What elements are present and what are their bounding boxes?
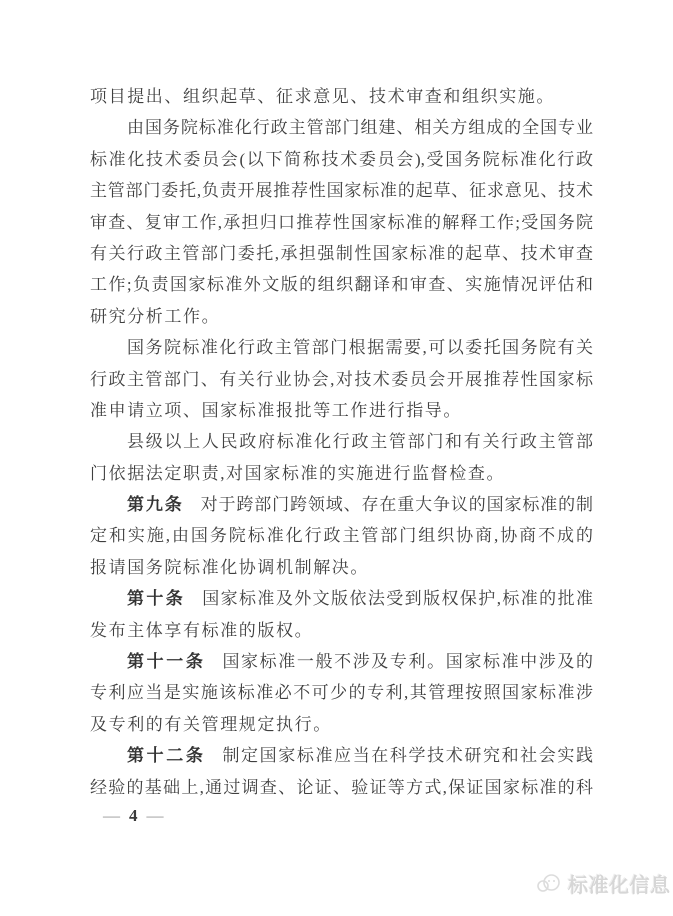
watermark-logo-icon <box>534 870 562 898</box>
line-text: 国家标准一般不涉及专利。国家标准中涉及的 <box>222 652 593 671</box>
line-text: 门依据法定职责,对国家标准的实施进行监督检查。 <box>90 464 505 483</box>
line-text: 行政主管部门、有关行业协会,对技术委员会开展推荐性国家标 <box>90 370 593 389</box>
text-line: 发布主体享有标准的版权。 <box>90 615 593 646</box>
line-text: 县级以上人民政府标准化行政主管部门和有关行政主管部 <box>127 432 593 451</box>
text-line: 有关行政主管部门委托,承担强制性国家标准的起草、技术审查 <box>90 238 593 269</box>
line-text: 项目提出、组织起草、征求意见、技术审查和组织实施。 <box>90 87 555 106</box>
text-line: 行政主管部门、有关行业协会,对技术委员会开展推荐性国家标 <box>90 364 593 395</box>
text-line: 由国务院标准化行政主管部门组建、相关方组成的全国专业 <box>90 112 593 143</box>
page-number-dash: — <box>103 806 120 826</box>
line-text: 国务院标准化行政主管部门根据需要,可以委托国务院有关 <box>127 338 593 357</box>
line-text: 标准化技术委员会(以下简称技术委员会),受国务院标准化行政 <box>90 150 593 169</box>
line-text: 有关行政主管部门委托,承担强制性国家标准的起草、技术审查 <box>90 244 593 263</box>
line-text: 及专利的有关管理规定执行。 <box>90 715 332 734</box>
line-text: 主管部门委托,负责开展推荐性国家标准的起草、征求意见、技术 <box>90 181 593 200</box>
article-number: 第十二条 <box>127 746 205 765</box>
line-text: 制定国家标准应当在科学技术研究和社会实践 <box>222 746 593 765</box>
text-line: 报请国务院标准化协调机制解决。 <box>90 552 593 583</box>
text-line: 研究分析工作。 <box>90 301 593 332</box>
text-line-article-10: 第十条国家标准及外文版依法受到版权保护,标准的批准 <box>90 583 593 614</box>
text-line: 及专利的有关管理规定执行。 <box>90 709 593 740</box>
text-line-article-9: 第九条对于跨部门跨领域、存在重大争议的国家标准的制 <box>90 489 593 520</box>
line-text: 审查、复审工作,承担归口推荐性国家标准的解释工作;受国务院 <box>90 213 593 232</box>
line-text: 研究分析工作。 <box>90 307 220 326</box>
text-line: 项目提出、组织起草、征求意见、技术审查和组织实施。 <box>90 81 593 112</box>
text-line: 标准化技术委员会(以下简称技术委员会),受国务院标准化行政 <box>90 144 593 175</box>
line-text: 定和实施,由国务院标准化行政主管部门组织协商,协商不成的 <box>90 526 593 545</box>
text-line: 门依据法定职责,对国家标准的实施进行监督检查。 <box>90 458 593 489</box>
line-text: 工作;负责国家标准外文版的组织翻译和审查、实施情况评估和 <box>90 275 593 294</box>
text-line-article-12: 第十二条制定国家标准应当在科学技术研究和社会实践 <box>90 740 593 771</box>
line-text: 准申请立项、国家标准报批等工作进行指导。 <box>90 401 462 420</box>
document-page: 项目提出、组织起草、征求意见、技术审查和组织实施。 由国务院标准化行政主管部门组… <box>0 0 673 916</box>
text-line-article-11: 第十一条国家标准一般不涉及专利。国家标准中涉及的 <box>90 646 593 677</box>
text-line: 定和实施,由国务院标准化行政主管部门组织协商,协商不成的 <box>90 520 593 551</box>
text-line: 经验的基础上,通过调查、论证、验证等方式,保证国家标准的科 <box>90 772 593 803</box>
page-number: — 4 — <box>103 806 164 826</box>
article-number: 第十一条 <box>127 652 205 671</box>
page-number-value: 4 <box>129 806 138 826</box>
text-line: 县级以上人民政府标准化行政主管部门和有关行政主管部 <box>90 426 593 457</box>
text-line: 审查、复审工作,承担归口推荐性国家标准的解释工作;受国务院 <box>90 207 593 238</box>
text-line: 专利应当是实施该标准必不可少的专利,其管理按照国家标准涉 <box>90 677 593 708</box>
watermark: 标准化信息 <box>534 869 671 898</box>
line-text: 由国务院标准化行政主管部门组建、相关方组成的全国专业 <box>127 118 593 137</box>
article-number: 第十条 <box>127 589 185 608</box>
line-text: 专利应当是实施该标准必不可少的专利,其管理按照国家标准涉 <box>90 683 593 702</box>
line-text: 经验的基础上,通过调查、论证、验证等方式,保证国家标准的科 <box>90 778 593 797</box>
line-text: 报请国务院标准化协调机制解决。 <box>90 558 369 577</box>
watermark-text: 标准化信息 <box>568 869 671 898</box>
page-number-dash: — <box>147 806 164 826</box>
text-line: 工作;负责国家标准外文版的组织翻译和审查、实施情况评估和 <box>90 269 593 300</box>
line-text: 国家标准及外文版依法受到版权保护,标准的批准 <box>202 589 593 608</box>
line-text: 对于跨部门跨领域、存在重大争议的国家标准的制 <box>201 495 593 514</box>
text-line: 国务院标准化行政主管部门根据需要,可以委托国务院有关 <box>90 332 593 363</box>
text-block: 项目提出、组织起草、征求意见、技术审查和组织实施。 由国务院标准化行政主管部门组… <box>90 81 593 803</box>
line-text: 发布主体享有标准的版权。 <box>90 621 313 640</box>
text-line: 主管部门委托,负责开展推荐性国家标准的起草、征求意见、技术 <box>90 175 593 206</box>
article-number: 第九条 <box>127 495 184 514</box>
text-line: 准申请立项、国家标准报批等工作进行指导。 <box>90 395 593 426</box>
